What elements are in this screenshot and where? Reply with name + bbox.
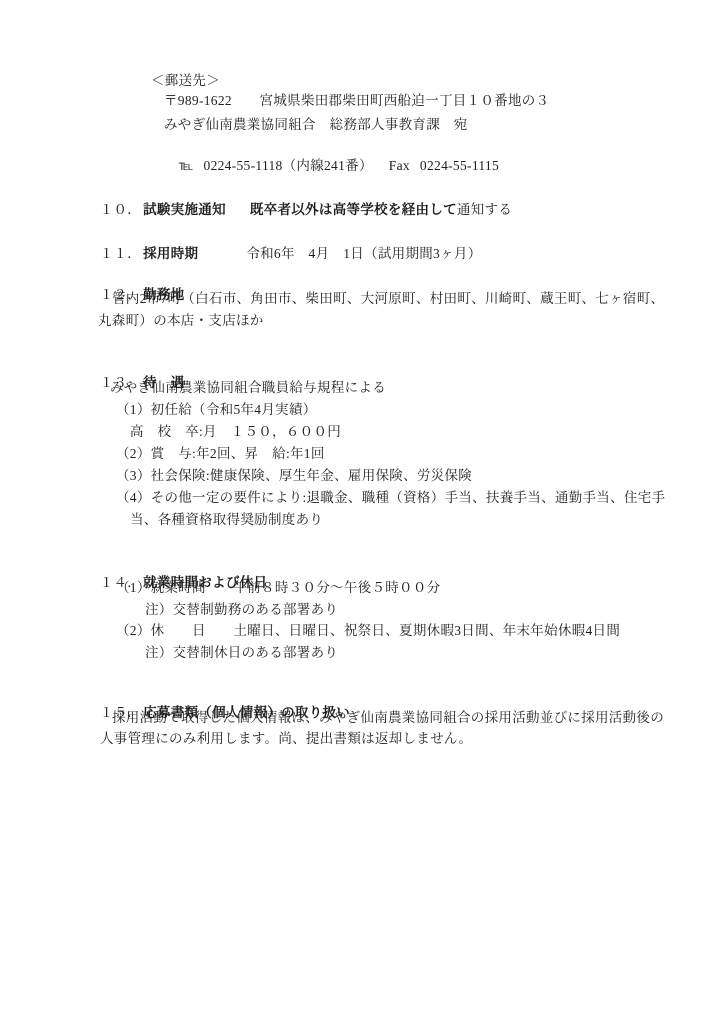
section-10-detail-emphasis: 既卒者以外は高等学校を経由して (250, 202, 457, 217)
section-10-number: １０． (100, 202, 141, 217)
section-13-item-1-sub: 高 校 卒:月 １５０，６００円 (130, 423, 341, 441)
section-14-item-2: （2）休 日 土曜日、日曜日、祝祭日、夏期休暇3日間、年末年始休暇4日間 (116, 622, 620, 640)
section-13-item-4-continuation: 当、各種資格取得奨励制度あり (130, 511, 323, 529)
section-13-item-3: （3）社会保険:健康保険、厚生年金、雇用保険、労災保険 (116, 467, 472, 485)
section-11-title: 採用時期 (143, 246, 198, 261)
section-13-item-4: （4）その他一定の要件により:退職金、職種（資格）手当、扶養手当、通勤手当、住宅… (116, 489, 665, 507)
document-page: ＜郵送先＞ 〒989-1622 宮城県柴田郡柴田町西船迫一丁目１０番地の３ みや… (0, 0, 725, 1024)
fax-label: Fax (389, 158, 410, 173)
section-15-body-line-2: 人事管理にのみ利用します。尚、提出書類は返却しません。 (100, 730, 472, 748)
tel-number: 0224-55-1118（内線241番） (204, 158, 373, 173)
tel-label: ℡ (179, 158, 194, 173)
mailing-postal-address: 〒989-1622 宮城県柴田郡柴田町西船迫一丁目１０番地の３ (164, 92, 549, 110)
section-14-item-1: （1）就業時間 午前８時３０分～午後５時００分 (116, 579, 440, 597)
section-11-detail: 令和6年 4月 1日（試用期間3ヶ月） (246, 246, 481, 261)
fax-number: 0224-55-1115 (420, 158, 499, 173)
section-11-number: １１． (100, 246, 141, 261)
mailing-recipient: みやぎ仙南農業協同組合 総務部人事教育課 宛 (164, 116, 468, 134)
section-13-intro: みやぎ仙南農業協同組合職員給与規程による (110, 379, 386, 397)
mailing-label: ＜郵送先＞ (151, 72, 220, 90)
section-14-item-2-note: 注）交替制休日のある部署あり (145, 644, 338, 662)
section-12-body-line-1: 管内2市7町（白石市、角田市、柴田町、大河原町、村田町、川崎町、蔵王町、七ヶ宿町… (112, 290, 664, 308)
section-13-item-1: （1）初任給（令和5年4月実績） (116, 401, 317, 419)
section-13-item-2: （2）賞 与:年2回、昇 給:年1回 (116, 445, 325, 463)
section-15-body-line-1: 採用活動で取得した個人情報は、みやぎ仙南農業協同組合の採用活動並びに採用活動後の (112, 709, 664, 727)
section-14-item-1-note: 注）交替制勤務のある部署あり (145, 601, 338, 619)
section-10-detail: 通知する (457, 202, 512, 217)
section-10-title: 試験実施通知 (143, 202, 226, 217)
section-12-body-line-2: 丸森町）の本店・支店ほか (98, 312, 264, 330)
